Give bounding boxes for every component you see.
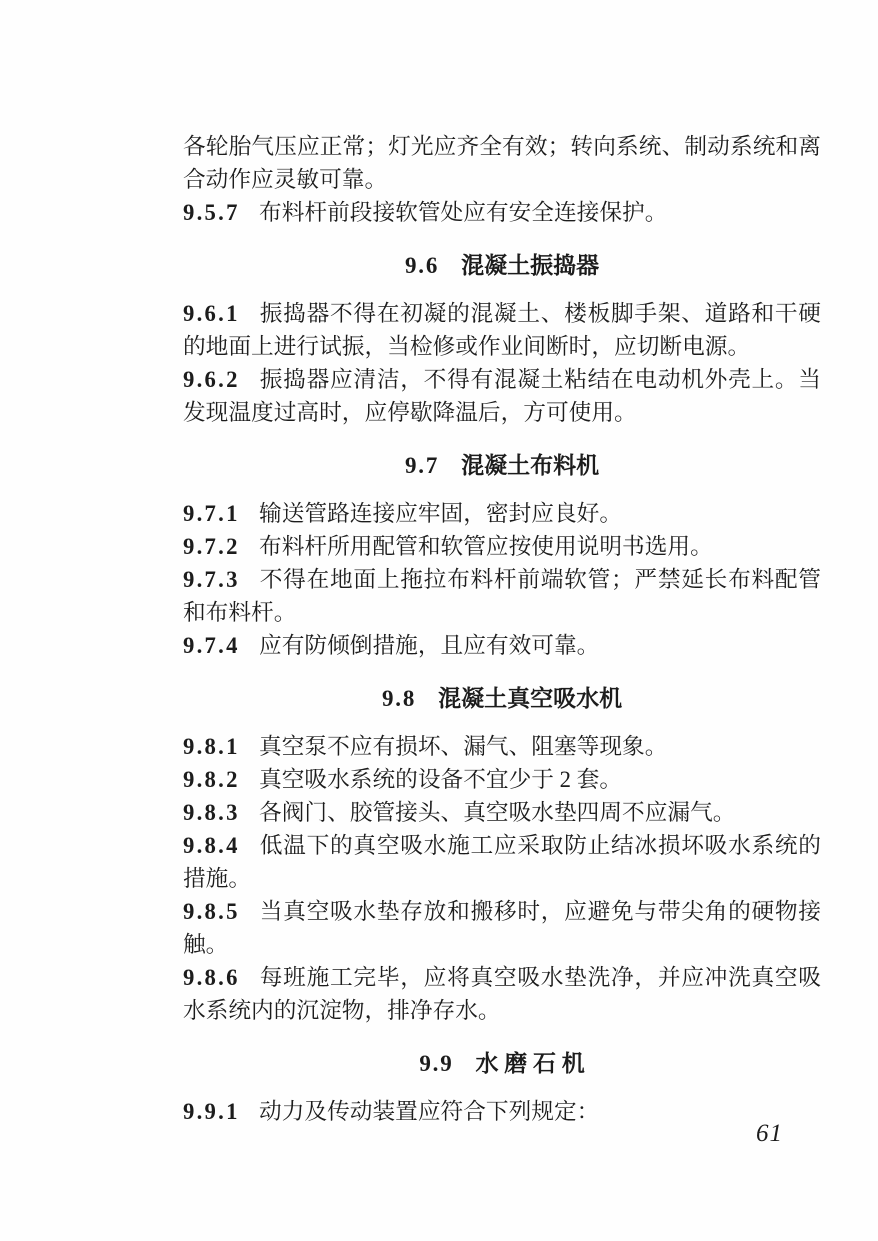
clause-9-7-1: 9.7.1输送管路连接应牢固，密封应良好。 bbox=[183, 497, 821, 530]
clause-text: 振捣器不得在初凝的混凝土、楼板脚手架、道路和干硬的地面上进行试振，当检修或作业间… bbox=[183, 301, 821, 359]
clause-9-8-1: 9.8.1真空泵不应有损坏、漏气、阻塞等现象。 bbox=[183, 730, 821, 763]
clause-9-8-2: 9.8.2真空吸水系统的设备不宜少于 2 套。 bbox=[183, 763, 821, 796]
clause-9-9-1: 9.9.1动力及传动装置应符合下列规定： bbox=[183, 1095, 821, 1128]
clause-text: 动力及传动装置应符合下列规定： bbox=[259, 1099, 599, 1124]
section-number: 9.9 bbox=[419, 1051, 453, 1076]
clause-9-5-7: 9.5.7布料杆前段接软管处应有安全连接保护。 bbox=[183, 196, 821, 229]
clause-number: 9.7.4 bbox=[183, 633, 240, 658]
clause-9-7-3: 9.7.3不得在地面上拖拉布料杆前端软管；严禁延长布料配管和布料杆。 bbox=[183, 563, 821, 629]
section-title: 水 磨 石 机 bbox=[475, 1051, 584, 1076]
clause-number: 9.6.1 bbox=[183, 301, 240, 326]
paragraph-continuation: 各轮胎气压应正常；灯光应齐全有效；转向系统、制动系统和离合动作应灵敏可靠。 bbox=[183, 130, 821, 196]
clause-text: 各阀门、胶管接头、真空吸水垫四周不应漏气。 bbox=[259, 800, 735, 825]
section-heading-9-7: 9.7混凝土布料机 bbox=[183, 449, 821, 482]
clause-text: 布料杆所用配管和软管应按使用说明书选用。 bbox=[259, 534, 713, 559]
document-page: 各轮胎气压应正常；灯光应齐全有效；转向系统、制动系统和离合动作应灵敏可靠。 9.… bbox=[0, 0, 878, 1241]
clause-text: 当真空吸水垫存放和搬移时，应避免与带尖角的硬物接触。 bbox=[183, 899, 821, 957]
clause-number: 9.8.2 bbox=[183, 767, 240, 792]
clause-text: 输送管路连接应牢固，密封应良好。 bbox=[259, 501, 622, 526]
clause-text: 振捣器应清洁，不得有混凝土粘结在电动机外壳上。当发现温度过高时，应停歇降温后，方… bbox=[183, 367, 821, 425]
clause-9-8-5: 9.8.5当真空吸水垫存放和搬移时，应避免与带尖角的硬物接触。 bbox=[183, 895, 821, 961]
section-heading-9-6: 9.6混凝土振捣器 bbox=[183, 249, 821, 282]
section-number: 9.8 bbox=[382, 686, 416, 711]
clause-number: 9.7.1 bbox=[183, 501, 240, 526]
clause-9-8-4: 9.8.4低温下的真空吸水施工应采取防止结冰损坏吸水系统的措施。 bbox=[183, 829, 821, 895]
clause-text: 每班施工完毕，应将真空吸水垫洗净，并应冲洗真空吸水系统内的沉淀物，排净存水。 bbox=[183, 965, 821, 1023]
section-number: 9.6 bbox=[405, 253, 439, 278]
clause-text: 应有防倾倒措施，且应有效可靠。 bbox=[259, 633, 599, 658]
paragraph-text: 各轮胎气压应正常；灯光应齐全有效；转向系统、制动系统和离合动作应灵敏可靠。 bbox=[183, 134, 821, 192]
clause-9-8-6: 9.8.6每班施工完毕，应将真空吸水垫洗净，并应冲洗真空吸水系统内的沉淀物，排净… bbox=[183, 961, 821, 1027]
clause-9-8-3: 9.8.3各阀门、胶管接头、真空吸水垫四周不应漏气。 bbox=[183, 796, 821, 829]
clause-9-6-2: 9.6.2振捣器应清洁，不得有混凝土粘结在电动机外壳上。当发现温度过高时，应停歇… bbox=[183, 363, 821, 429]
page-number: 61 bbox=[756, 1120, 783, 1148]
section-number: 9.7 bbox=[405, 453, 439, 478]
clause-number: 9.7.3 bbox=[183, 567, 240, 592]
section-title: 混凝土真空吸水机 bbox=[438, 686, 622, 711]
clause-number: 9.7.2 bbox=[183, 534, 240, 559]
clause-number: 9.8.1 bbox=[183, 734, 240, 759]
clause-number: 9.8.5 bbox=[183, 899, 240, 924]
page-content: 各轮胎气压应正常；灯光应齐全有效；转向系统、制动系统和离合动作应灵敏可靠。 9.… bbox=[183, 130, 821, 1128]
clause-number: 9.5.7 bbox=[183, 200, 240, 225]
section-heading-9-9: 9.9水 磨 石 机 bbox=[183, 1047, 821, 1080]
clause-9-7-2: 9.7.2布料杆所用配管和软管应按使用说明书选用。 bbox=[183, 530, 821, 563]
clause-9-7-4: 9.7.4应有防倾倒措施，且应有效可靠。 bbox=[183, 629, 821, 662]
clause-text: 布料杆前段接软管处应有安全连接保护。 bbox=[259, 200, 667, 225]
clause-9-6-1: 9.6.1振捣器不得在初凝的混凝土、楼板脚手架、道路和干硬的地面上进行试振，当检… bbox=[183, 297, 821, 363]
section-title: 混凝土布料机 bbox=[461, 453, 599, 478]
clause-text: 不得在地面上拖拉布料杆前端软管；严禁延长布料配管和布料杆。 bbox=[183, 567, 821, 625]
clause-number: 9.9.1 bbox=[183, 1099, 240, 1124]
clause-number: 9.8.4 bbox=[183, 833, 240, 858]
section-heading-9-8: 9.8混凝土真空吸水机 bbox=[183, 682, 821, 715]
clause-text: 低温下的真空吸水施工应采取防止结冰损坏吸水系统的措施。 bbox=[183, 833, 821, 891]
clause-text: 真空吸水系统的设备不宜少于 2 套。 bbox=[259, 767, 622, 792]
clause-number: 9.8.3 bbox=[183, 800, 240, 825]
clause-number: 9.6.2 bbox=[183, 367, 240, 392]
clause-number: 9.8.6 bbox=[183, 965, 240, 990]
clause-text: 真空泵不应有损坏、漏气、阻塞等现象。 bbox=[259, 734, 667, 759]
section-title: 混凝土振捣器 bbox=[461, 253, 599, 278]
